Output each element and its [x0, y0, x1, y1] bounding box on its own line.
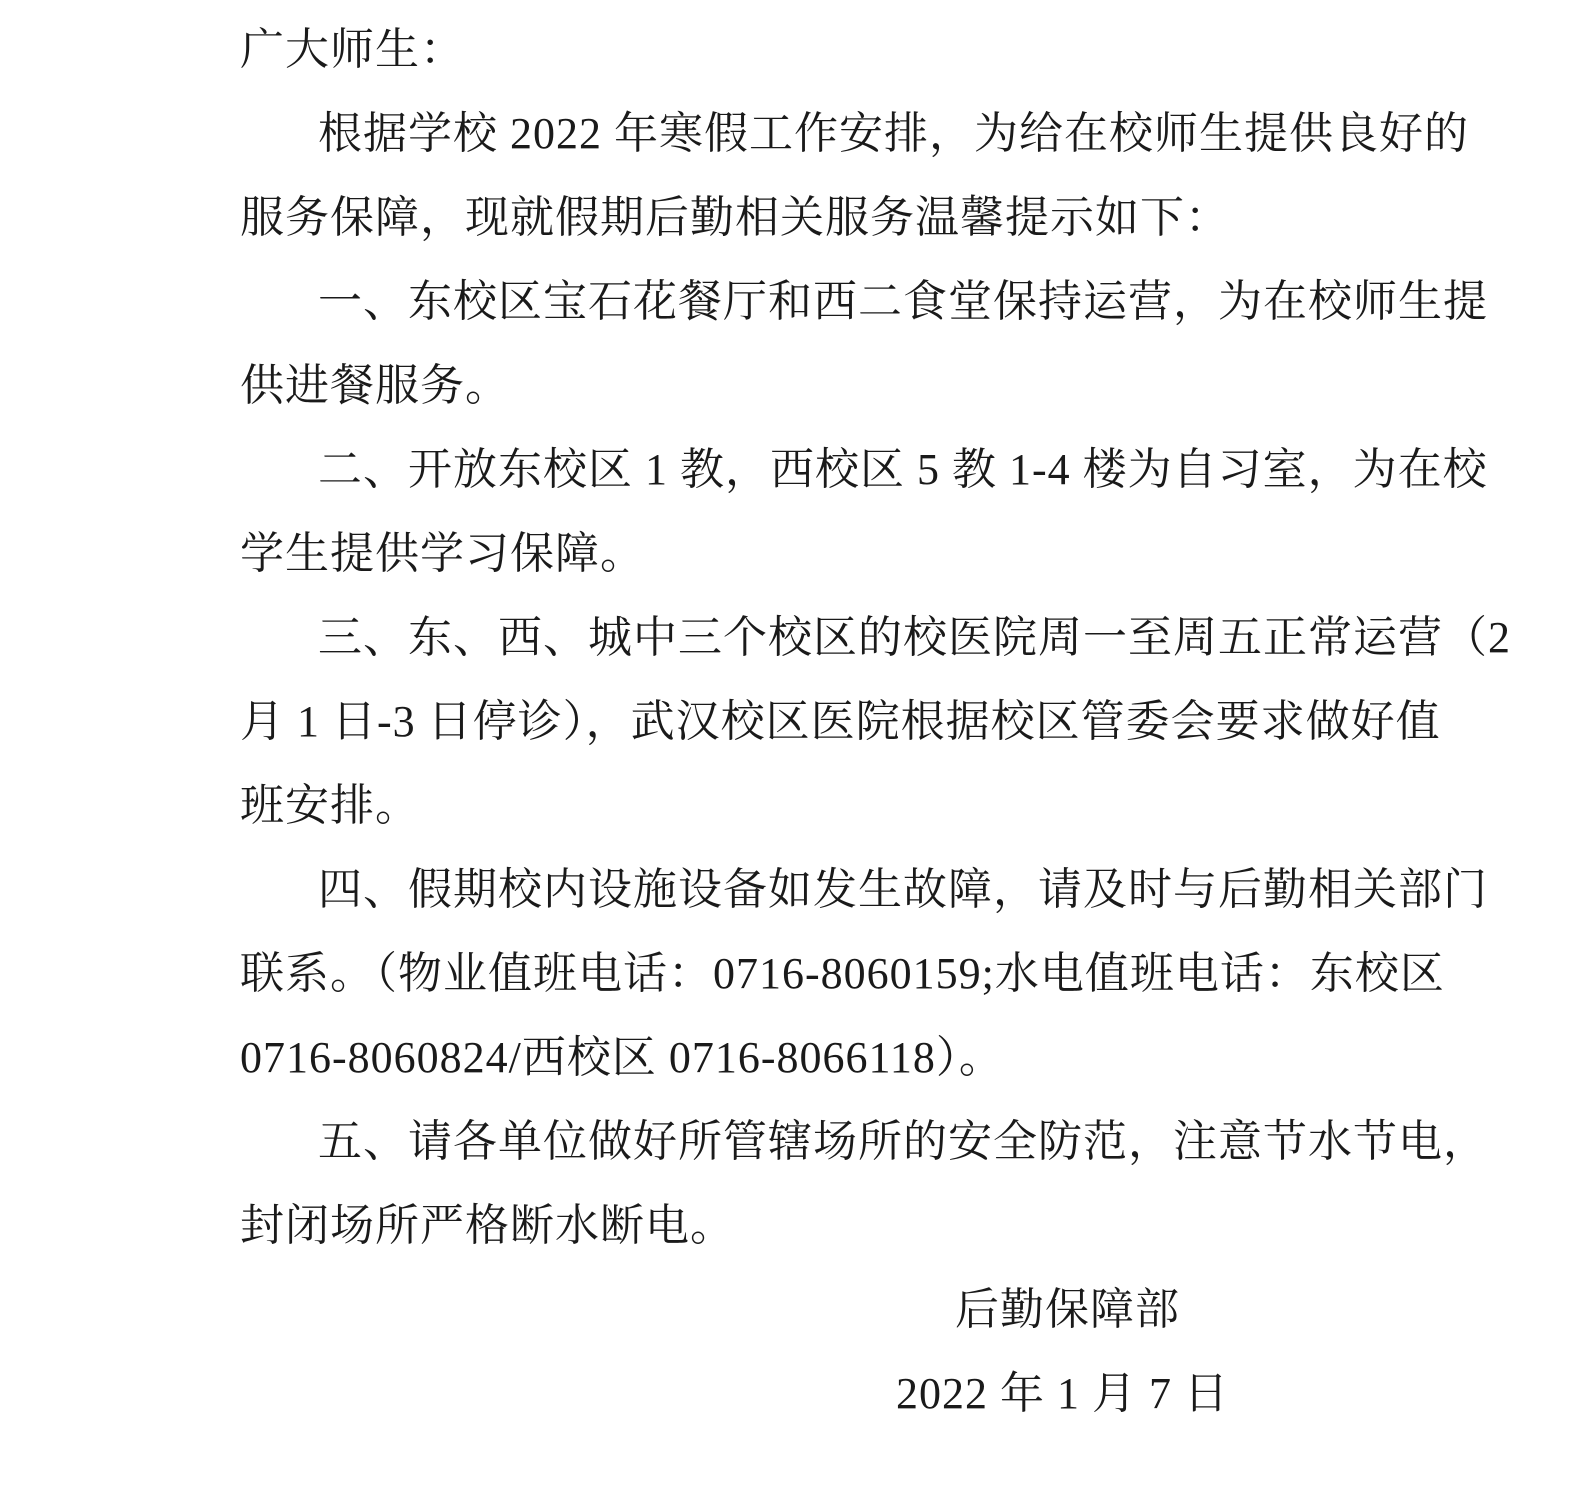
notice-document: 广大师生： 根据学校 2022 年寒假工作安排，为给在校师生提供良好的 服务保障… — [0, 0, 1587, 1502]
item-2-line-1: 二、开放东校区 1 教，西校区 5 教 1-4 楼为自习室，为在校 — [240, 428, 1352, 512]
item-1-line-2: 供进餐服务。 — [240, 344, 1352, 428]
intro-line-2: 服务保障，现就假期后勤相关服务温馨提示如下： — [240, 176, 1352, 260]
item-2-line-2: 学生提供学习保障。 — [240, 512, 1352, 596]
item-3-line-1: 三、东、西、城中三个校区的校医院周一至周五正常运营（2 — [240, 596, 1352, 680]
signature-department: 后勤保障部 — [240, 1268, 1352, 1352]
intro-line-1: 根据学校 2022 年寒假工作安排，为给在校师生提供良好的 — [240, 92, 1352, 176]
item-4-line-3: 0716-8060824/西校区 0716-8066118）。 — [240, 1016, 1352, 1100]
item-3-line-3: 班安排。 — [240, 764, 1352, 848]
item-4-line-1: 四、假期校内设施设备如发生故障，请及时与后勤相关部门 — [240, 848, 1352, 932]
item-4-line-2: 联系。（物业值班电话：0716-8060159;水电值班电话：东校区 — [240, 932, 1352, 1016]
item-5-line-2: 封闭场所严格断水断电。 — [240, 1184, 1352, 1268]
salutation-line: 广大师生： — [240, 8, 1352, 92]
item-5-line-1: 五、请各单位做好所管辖场所的安全防范，注意节水节电， — [240, 1100, 1352, 1184]
item-1-line-1: 一、东校区宝石花餐厅和西二食堂保持运营，为在校师生提 — [240, 260, 1352, 344]
item-3-line-2: 月 1 日-3 日停诊），武汉校区医院根据校区管委会要求做好值 — [240, 680, 1352, 764]
signature-date: 2022 年 1 月 7 日 — [240, 1352, 1352, 1436]
